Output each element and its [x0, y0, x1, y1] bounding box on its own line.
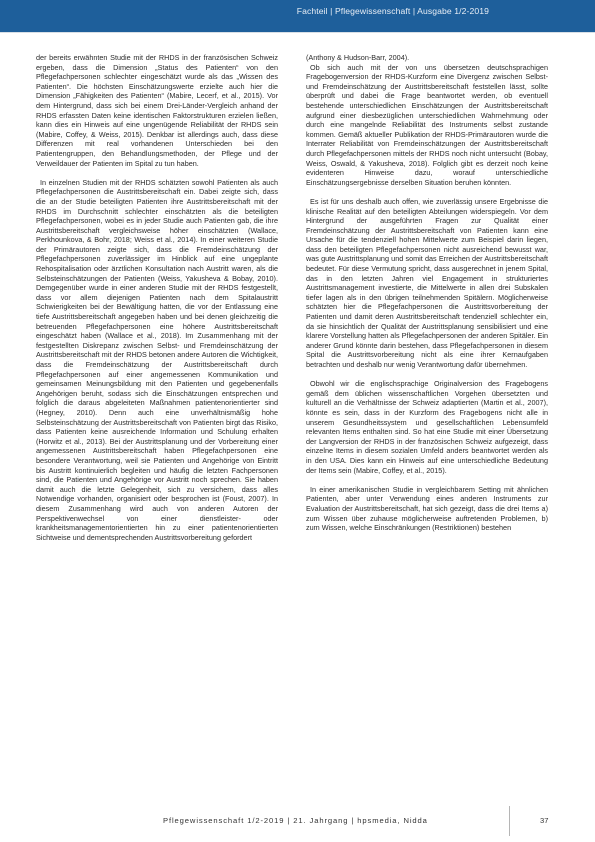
paragraph: Obwohl wir die englischsprachige Origina… — [306, 379, 548, 475]
page-number: 37 — [540, 816, 548, 825]
paragraph: In einzelnen Studien mit der RHDS schätz… — [36, 178, 278, 543]
header-bar: Fachteil | Pflegewissenschaft | Ausgabe … — [0, 0, 595, 32]
footer-journal-line: Pflegewissenschaft 1/2-2019 | 21. Jahrga… — [163, 816, 428, 825]
running-title: Fachteil | Pflegewissenschaft | Ausgabe … — [297, 6, 489, 16]
header-divider — [0, 32, 595, 33]
paragraph: Es ist für uns deshalb auch offen, wie z… — [306, 197, 548, 370]
left-column: der bereits erwähnten Studie mit der RHD… — [36, 53, 278, 542]
paragraph: der bereits erwähnten Studie mit der RHD… — [36, 53, 278, 168]
paragraph: In einer amerikanischen Studie in vergle… — [306, 485, 548, 533]
paragraph: (Anthony & Hudson-Barr, 2004). — [306, 53, 548, 63]
right-column: (Anthony & Hudson-Barr, 2004). Ob sich a… — [306, 53, 548, 533]
paragraph: Ob sich auch mit der von uns übersetzen … — [306, 63, 548, 188]
footer-divider — [509, 806, 510, 836]
